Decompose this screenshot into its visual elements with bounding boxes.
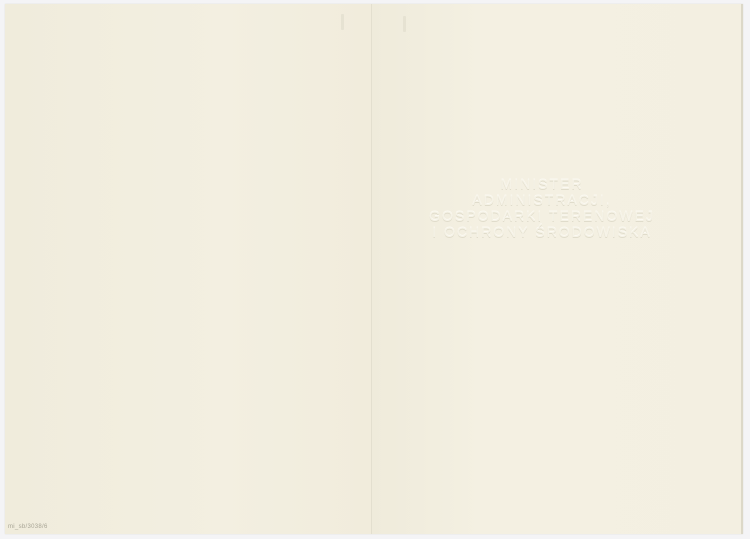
sheet-edge — [741, 4, 743, 534]
emboss-line-3: GOSPODARKI TERENOWEJ — [412, 208, 672, 224]
card-sheet — [5, 4, 743, 534]
emboss-line-1: MINISTER — [412, 176, 672, 192]
embossed-heading: MINISTER ADMINISTRACJI, GOSPODARKI TEREN… — [412, 176, 672, 240]
right-panel — [372, 4, 743, 534]
fold-mark-left — [341, 14, 344, 30]
left-panel — [5, 4, 371, 534]
emboss-line-2: ADMINISTRACJI, — [412, 192, 672, 208]
archive-stamp: mi_sb/3038/6 — [8, 524, 48, 530]
center-fold — [371, 4, 372, 534]
emboss-line-4: I OCHRONY ŚRODOWISKA — [412, 224, 672, 240]
fold-mark-right — [403, 16, 406, 32]
